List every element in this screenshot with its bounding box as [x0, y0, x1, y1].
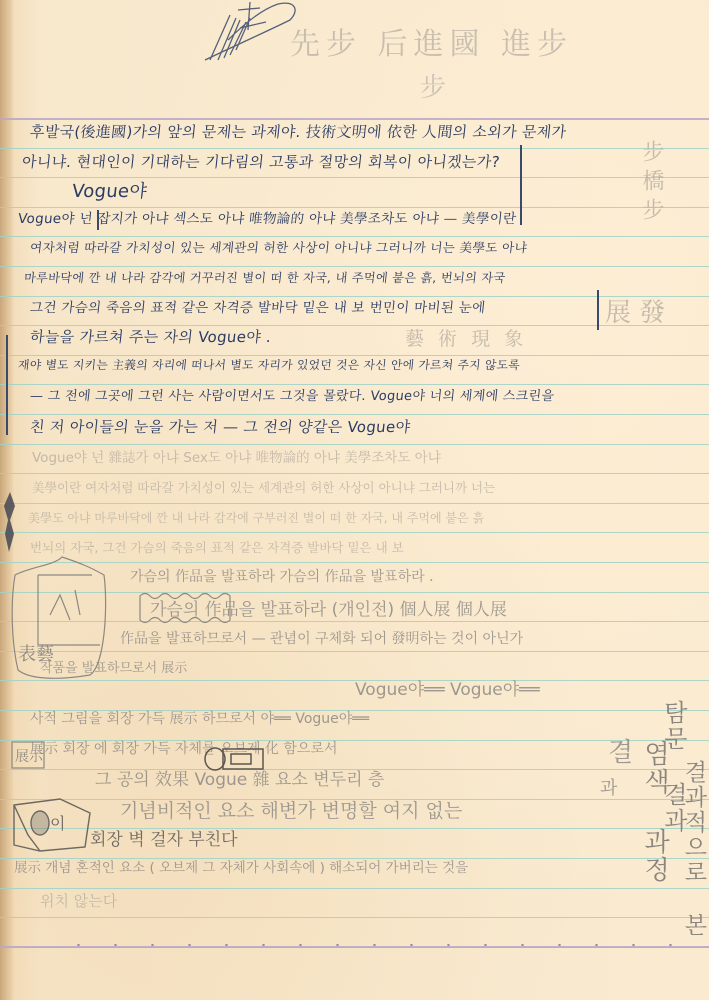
ruled-line	[0, 503, 709, 504]
ruled-line	[0, 917, 709, 918]
ink-line-5: 여자처럼 따라갈 가치성이 있는 세계관의 허한 사상이 아니냐 그러니까 너는…	[29, 242, 527, 255]
pencil-line-10: 사적 그림을 회장 가득 展示 하므로서 야══ Vogue야══	[30, 712, 369, 726]
notebook-page: 先步 后進國 進步 步 후발국(後進國)가의 앞의 문제는 과제야. 技術文明에…	[0, 0, 709, 1000]
pencil-line-3: 美學도 아냐 마루바닥에 깐 내 나라 감각에 구부러진 별이 떠 한 자국, …	[28, 512, 484, 524]
margin-note-mid-faint: 藝 術 現 象	[405, 330, 527, 349]
svg-text:展示: 展示	[15, 749, 44, 765]
ruled-line	[0, 444, 709, 445]
pencil-line-7: 作品을 발표하므로서 — 관념이 구체화 되어 發明하는 것이 아닌가	[120, 632, 523, 646]
display-box-sketch-1: 展示	[10, 740, 46, 770]
left-frame-sketch: 表藝	[0, 545, 130, 695]
camera-doodle	[203, 745, 273, 773]
ink-line-10: — 그 전에 그곳에 그런 사는 사람이면서도 그것을 몰랐다. Vogue야 …	[29, 390, 555, 403]
pencil-line-5: 가슴의 作品을 발표하라 가슴의 作品을 발표하라 .	[130, 570, 434, 584]
ruled-line	[0, 177, 709, 178]
book-sketch-label: 이	[50, 814, 65, 833]
left-edge-ink-blot	[2, 490, 18, 555]
ink-vertical-stroke	[520, 145, 522, 225]
ruled-line	[0, 858, 709, 859]
bottom-margin-rule	[0, 946, 709, 948]
ruled-line	[0, 236, 709, 237]
ruled-line	[0, 296, 709, 297]
vertical-note-2: 염색 과정	[640, 740, 669, 884]
ruled-line	[0, 207, 709, 208]
margin-note-right-mid: 展 發	[605, 300, 665, 326]
ink-line-11: 친 저 아이들의 눈을 가는 저 — 그 전의 양같은 Vogue야	[29, 420, 411, 435]
margin-note-right-top: 步 橋 步	[640, 140, 662, 220]
pencil-line-16: 위치 않는다	[40, 894, 117, 909]
ruled-line	[0, 355, 709, 356]
side-note-gwa: 과	[600, 780, 617, 798]
ink-line-4: Vogue야 넌 잡지가 아냐 섹스도 아냐 唯物論的 아냐 美學조차도 아냐 …	[17, 213, 517, 227]
pencil-line-13: 기념비적인 요소 해변가 변명할 여지 없는	[120, 802, 462, 821]
ink-vertical-stroke	[597, 290, 599, 330]
ruled-line	[0, 888, 709, 889]
ruled-line	[0, 532, 709, 533]
ink-line-3: Vogue야	[71, 183, 148, 201]
left-edge-stroke	[6, 335, 8, 435]
vertical-note-3: 결과적으로 본	[680, 760, 705, 938]
ink-line-9: 재야 별도 지키는 主義의 자리에 떠나서 별도 자리가 있었던 것은 자신 안…	[17, 360, 520, 372]
ruled-line	[0, 148, 709, 149]
faint-title: 先步 后進國 進步	[290, 30, 573, 60]
ruled-line	[0, 414, 709, 415]
ink-line-6: 마루바닥에 깐 내 나라 감각에 거꾸러진 별이 떠 한 자국, 내 주먹에 붙…	[23, 272, 506, 284]
ruled-line	[0, 118, 709, 120]
pencil-line-15: 展示 개념 혼적인 요소 ( 오브제 그 자체가 사회속에 ) 해소되어 가버리…	[14, 862, 468, 876]
ink-line-1: 후발국(後進國)가의 앞의 문제는 과제야. 技術文明에 依한 人間의 소외가 …	[29, 125, 567, 140]
wavy-box-sketch	[135, 588, 235, 628]
ruled-line	[0, 266, 709, 267]
ink-vertical-stroke	[97, 210, 99, 230]
ink-line-7: 그건 가슴의 죽음의 표적 같은 자격증 발바닥 밑은 내 보 번민이 마비된 …	[29, 302, 486, 316]
pencil-line-9: Vogue야══ Vogue야══	[355, 682, 540, 699]
dotted-bottom-rule	[60, 944, 700, 946]
left-sketch-label: 表藝	[18, 644, 54, 665]
header-scribble-sketch	[200, 0, 300, 70]
faint-title-sub: 步	[420, 75, 446, 101]
pencil-line-12: 그 공의 效果 Vogue 雜 요소 변두리 층	[95, 772, 384, 789]
pencil-line-2: 美學이란 여자처럼 따라갈 가치성이 있는 세계관의 허한 사상이 아니냐 그러…	[32, 482, 495, 495]
ruled-line	[0, 473, 709, 474]
pencil-line-14: 회장 벽 걸자 부친다	[90, 832, 238, 849]
side-note-gyeol: 결	[608, 740, 633, 766]
book-sketch: 이	[10, 795, 100, 855]
pencil-line-11: 展示 회장 에 회장 가득 자체를 오브제 化 함으로서	[30, 742, 338, 756]
pencil-line-1: Vogue야 넌 雜誌가 아냐 Sex도 아냐 唯物論的 아냐 美學조차도 아냐	[32, 452, 441, 466]
ruled-line	[0, 828, 709, 829]
ink-line-2: 아니냐. 현대인이 기대하는 기다림의 고통과 절망의 회복이 아니겠는가?	[21, 155, 500, 170]
ruled-line	[0, 384, 709, 385]
ruled-line	[0, 325, 709, 326]
ink-line-8: 하늘을 가르쳐 주는 자의 Vogue야 .	[29, 330, 272, 345]
